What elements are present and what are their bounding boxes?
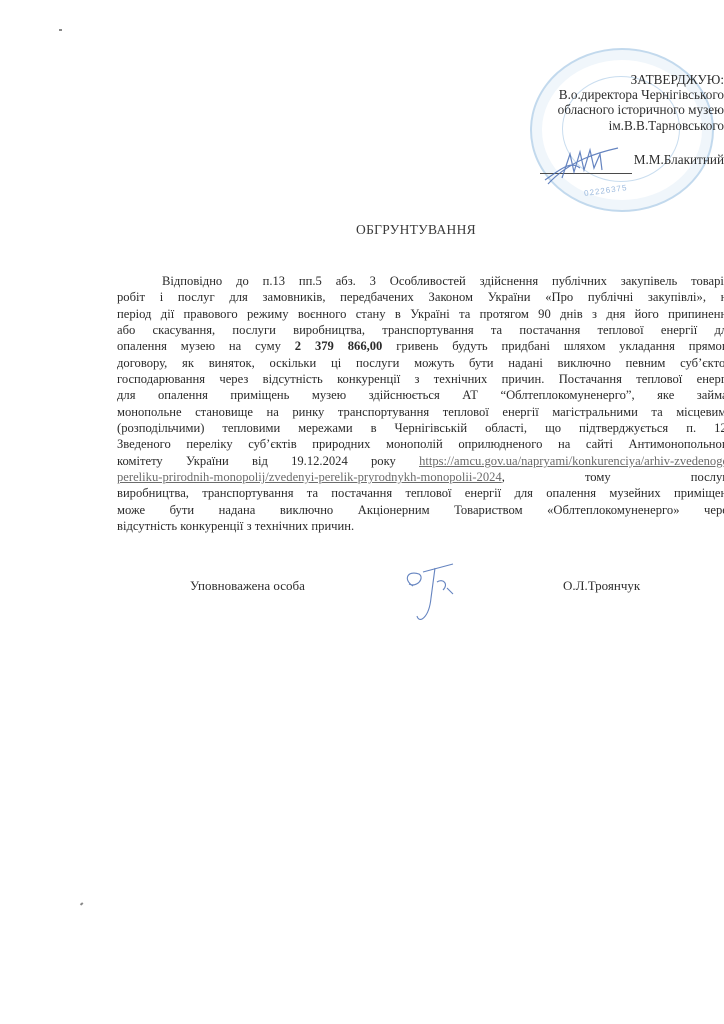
body-line: Зведеного переліку суб’єктів природних м… <box>117 436 724 452</box>
body-line: відсутність конкуренції з технічних прич… <box>117 518 724 534</box>
approval-position-line-1: В.о.директора Чернігівського <box>484 87 724 102</box>
body-line: або скасування, послуги виробництва, тра… <box>117 322 724 338</box>
service-text: , тому послуга <box>502 470 724 484</box>
amcu-link-part-1[interactable]: https://amcu.gov.ua/napryami/konkurenciy… <box>419 454 724 468</box>
justification-body: Відповідно до п.13 пп.5 абз. 3 Особливос… <box>117 273 724 535</box>
scan-speck <box>80 902 83 905</box>
amount-prefix: опалення музею на суму <box>117 339 295 353</box>
body-line: період дії правового режиму воєнного ста… <box>117 306 724 322</box>
approval-position-line-2: обласного історичного музею <box>484 102 724 117</box>
amount-suffix: гривень будуть придбані шляхом укладання… <box>382 339 724 353</box>
approval-heading: ЗАТВЕРДЖУЮ: <box>484 72 724 87</box>
body-line: монопольне становище на ринку транспорту… <box>117 404 724 420</box>
body-line: (розподільчими) тепловими мережами в Чер… <box>117 420 724 436</box>
body-line: виробництва, транспортування та постачан… <box>117 485 724 501</box>
authorized-person-label: Уповноважена особа <box>190 578 305 594</box>
amcu-link-part-2[interactable]: pereliku-prirodnih-monopolij/zvedenyi-pe… <box>117 470 502 484</box>
committee-date-text: комітету України від 19.12.2024 року <box>117 454 419 468</box>
body-line-link-end: pereliku-prirodnih-monopolij/zvedenyi-pe… <box>117 469 724 485</box>
body-line: господарювання через відсутність конкуре… <box>117 371 724 387</box>
scan-speck <box>59 29 62 31</box>
body-line: Відповідно до п.13 пп.5 абз. 3 Особливос… <box>117 273 724 289</box>
authorized-signature-icon <box>395 558 470 628</box>
document-page: 02226375 ЗАТВЕРДЖУЮ: В.о.директора Черні… <box>0 0 724 1024</box>
approval-position-line-3: ім.В.В.Тарновського <box>484 118 724 133</box>
body-line-amount: опалення музею на суму 2 379 866,00 грив… <box>117 338 724 354</box>
authorized-person-name: О.Л.Троянчук <box>563 578 640 594</box>
body-line: договору, як виняток, оскільки ці послуг… <box>117 355 724 371</box>
document-title: ОБГРУНТУВАННЯ <box>54 222 724 238</box>
body-line: може бути надана виключно Акціонерним То… <box>117 502 724 518</box>
body-line: робіт і послуг для замовників, передбаче… <box>117 289 724 305</box>
body-line: для опалення приміщень музею здійснюєтьс… <box>117 387 724 403</box>
amount-value: 2 379 866,00 <box>295 339 383 353</box>
body-line-link-start: комітету України від 19.12.2024 року htt… <box>117 453 724 469</box>
director-signature-icon <box>540 140 650 190</box>
